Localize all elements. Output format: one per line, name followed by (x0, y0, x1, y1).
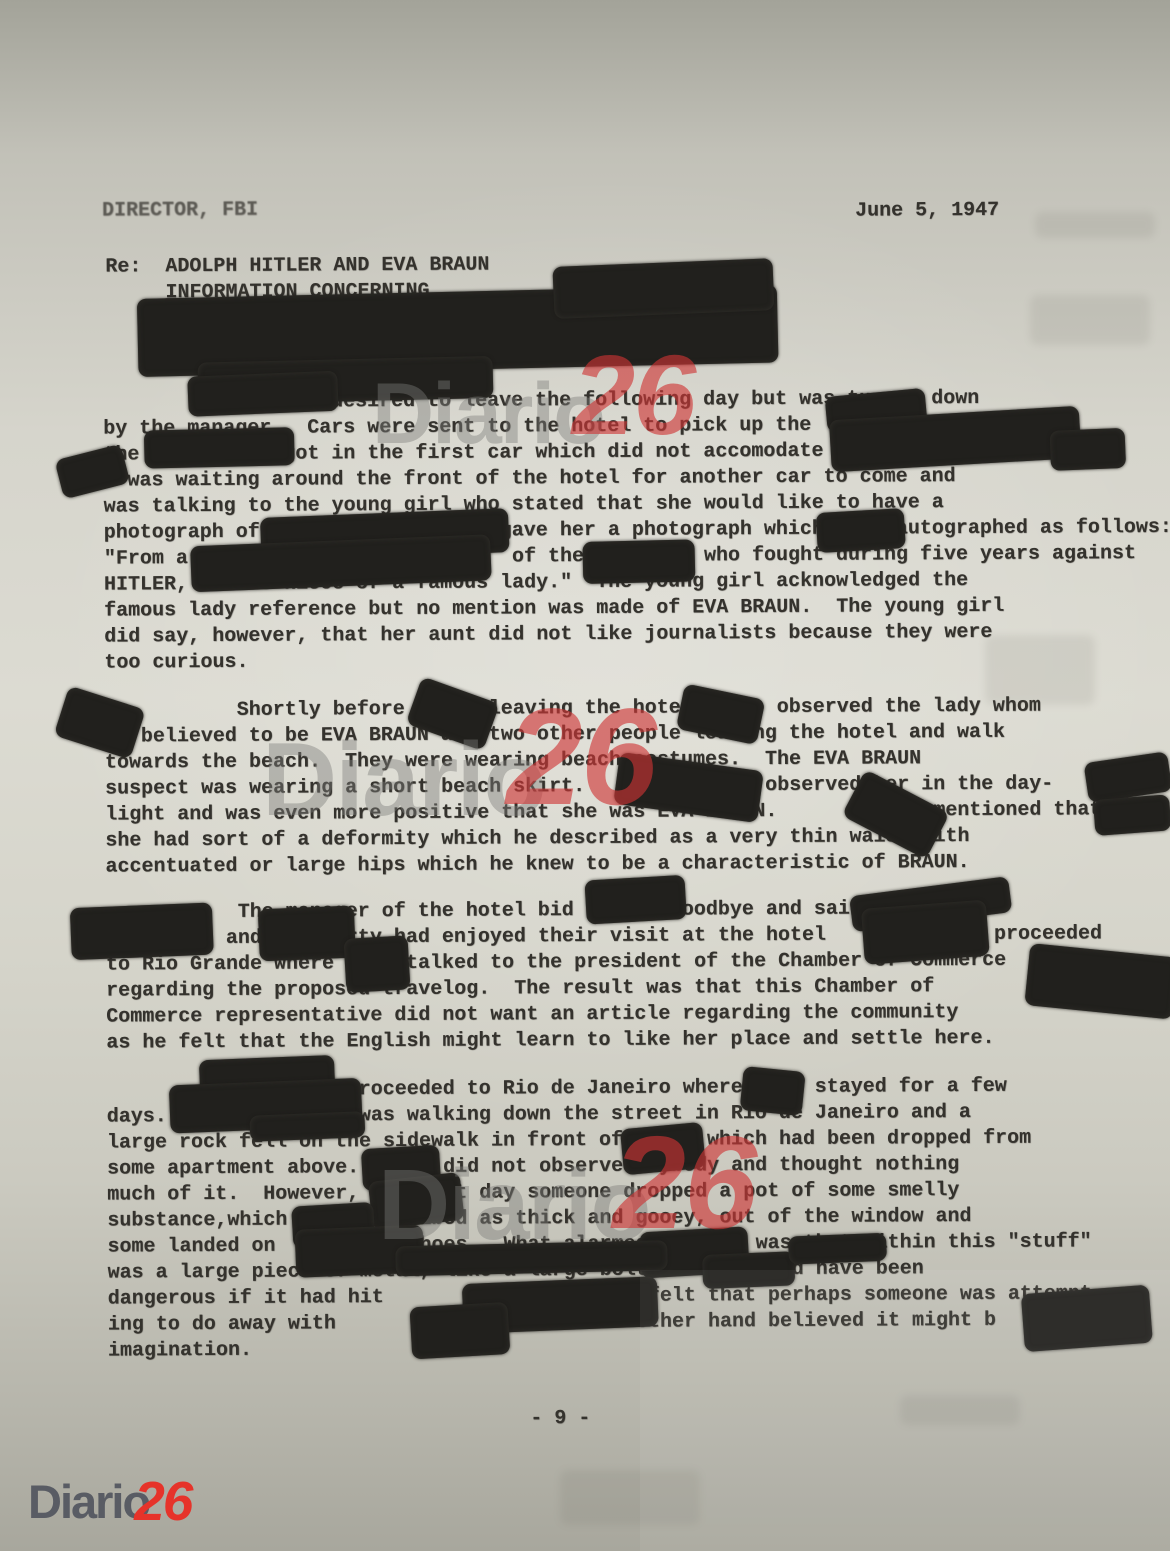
redaction-mark (395, 1240, 668, 1276)
redaction-mark (249, 1111, 365, 1142)
scanned-document: DIRECTOR, FBI June 5, 1947 Re: ADOLPH HI… (0, 0, 1170, 1551)
document-date: June 5, 1947 (855, 198, 999, 225)
bleedthrough-smudge (1035, 212, 1155, 238)
redaction-mark (788, 1233, 887, 1265)
logo-text-gray: Diario (28, 1475, 149, 1528)
redaction-mark (54, 686, 146, 760)
redaction-mark (816, 508, 906, 553)
bleedthrough-smudge (1030, 295, 1150, 345)
document-line: imagination. (108, 1338, 252, 1365)
document-line: as he felt that the English might learn … (106, 1026, 994, 1057)
redaction-mark (702, 1251, 795, 1289)
bleedthrough-smudge (560, 1470, 700, 1525)
site-logo: Diario26 (28, 1472, 191, 1527)
redaction-mark (1093, 794, 1170, 836)
redaction-mark (584, 875, 686, 925)
document-line: accentuated or large hips which he knew … (105, 850, 969, 881)
redaction-mark (861, 900, 990, 965)
document-recipient: DIRECTOR, FBI (102, 198, 258, 225)
redaction-mark (144, 427, 295, 468)
redaction-mark (1050, 428, 1127, 471)
redaction-mark (740, 1066, 806, 1116)
redaction-mark (70, 902, 214, 960)
document-line: did say, however, that her aunt did not … (104, 620, 992, 651)
redaction-mark (187, 371, 338, 417)
redaction-layer (0, 0, 1166, 3)
document-line: too curious. (104, 650, 248, 677)
redaction-mark (620, 1122, 706, 1175)
redaction-mark (1021, 1285, 1153, 1352)
document-body: desired to leave the following day but w… (0, 0, 1166, 3)
bleedthrough-smudge (900, 1395, 1020, 1425)
redaction-mark (409, 1302, 510, 1360)
redaction-mark (368, 1172, 465, 1230)
redaction-mark (582, 539, 695, 584)
subject-line-1: Re: ADOLPH HITLER AND EVA BRAUN (105, 252, 489, 280)
page-number: - 9 - (530, 1406, 590, 1432)
bleedthrough-smudge (985, 635, 1095, 705)
logo-text-red: 26 (134, 1470, 191, 1532)
redaction-mark (552, 258, 774, 319)
redaction-mark (1024, 943, 1170, 1019)
redaction-mark (258, 906, 356, 962)
redaction-mark (343, 935, 410, 993)
